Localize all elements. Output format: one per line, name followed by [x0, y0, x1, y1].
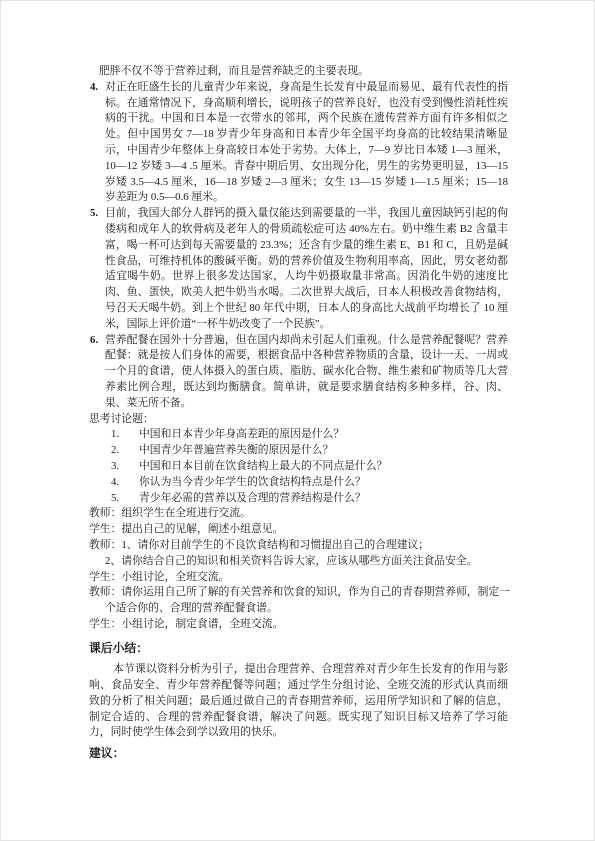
item-text: 对正在旺盛生长的儿童青少年来说，身高是生长发育中最显而易见、最有代表性的指标。在…: [105, 80, 508, 206]
dialog-teacher-continuation: 2、请你结合自己的知识和相关资料告诉大家，应该从哪些方面关注食品安全。: [89, 554, 508, 570]
summary-paragraph: 本节课以资料分析为引子，提出合理营养、合理营养对青少年生长发育的作用与影响、食品…: [89, 662, 508, 741]
suggestion-heading: 建议：: [89, 745, 508, 762]
item-number: 4.: [90, 80, 98, 96]
numbered-item-5: 5. 目前，我国大部分人群钙的摄入量仅能达到需要量的一半，我国儿童因缺钙引起的佝…: [89, 206, 508, 332]
question-text: 你认为当今青少年学生的饮食结构特点是什么？: [139, 476, 366, 488]
numbered-item-6: 6. 营养配餐在国外十分普遍，但在国内却尚未引起人们重视。什么是营养配餐呢？营养…: [89, 333, 508, 412]
question-number: 1.: [111, 427, 119, 443]
item-text: 目前，我国大部分人群钙的摄入量仅能达到需要量的一半，我国儿童因缺钙引起的佝偻病和…: [105, 206, 508, 332]
numbered-item-4: 4. 对正在旺盛生长的儿童青少年来说，身高是生长发育中最显而易见、最有代表性的指…: [89, 80, 508, 206]
question-2: 2. 中国青少年普遍营养失衡的原因是什么？: [89, 443, 508, 459]
question-text: 青少年必需的营养以及合理的营养结构是什么？: [139, 492, 366, 504]
item-number: 5.: [90, 206, 98, 222]
dialog-teacher-line: 教师：组织学生在全班进行交流。: [89, 506, 508, 522]
question-number: 4.: [111, 475, 119, 491]
document-page: 肥胖不仅不等于营养过剩，而且是营养缺乏的主要表现。 4. 对正在旺盛生长的儿童青…: [0, 0, 595, 841]
dialog-teacher-line: 教师：1、请你对目前学生的不良饮食结构和习惯提出自己的合理建议；: [89, 538, 508, 554]
dialog-teacher-continuation: 个适合你的、合理的营养配餐食谱。: [89, 601, 508, 617]
question-number: 5.: [111, 491, 119, 507]
question-5: 5. 青少年必需的营养以及合理的营养结构是什么？: [89, 491, 508, 507]
question-number: 3.: [111, 459, 119, 475]
question-text: 中国和日本目前在饮食结构上最大的不同点是什么？: [139, 460, 387, 472]
question-text: 中国青少年普遍营养失衡的原因是什么？: [139, 444, 333, 456]
question-text: 中国和日本青少年身高差距的原因是什么？: [139, 428, 344, 440]
dialog-student-line: 学生：小组讨论，全班交流。: [89, 570, 508, 586]
dialog-teacher-line: 教师：请你运用自己所了解的有关营养和饮食的知识，作为自己的青春期营养师，制定一: [89, 585, 508, 601]
dialog-student-line: 学生：小组讨论，制定食谱，全班交流。: [89, 617, 508, 633]
question-number: 2.: [111, 443, 119, 459]
discussion-heading: 思考讨论题：: [89, 412, 508, 428]
document-content: 肥胖不仅不等于营养过剩，而且是营养缺乏的主要表现。 4. 对正在旺盛生长的儿童青…: [89, 64, 508, 762]
item-text: 营养配餐在国外十分普遍，但在国内却尚未引起人们重视。什么是营养配餐呢？营养配餐：…: [105, 333, 508, 412]
intro-line: 肥胖不仅不等于营养过剩，而且是营养缺乏的主要表现。: [99, 64, 508, 80]
question-1: 1. 中国和日本青少年身高差距的原因是什么？: [89, 427, 508, 443]
dialog-student-line: 学生：提出自己的见解，阐述小组意见。: [89, 522, 508, 538]
question-4: 4. 你认为当今青少年学生的饮食结构特点是什么？: [89, 475, 508, 491]
summary-heading: 课后小结：: [89, 640, 508, 657]
question-3: 3. 中国和日本目前在饮食结构上最大的不同点是什么？: [89, 459, 508, 475]
item-number: 6.: [90, 333, 98, 349]
